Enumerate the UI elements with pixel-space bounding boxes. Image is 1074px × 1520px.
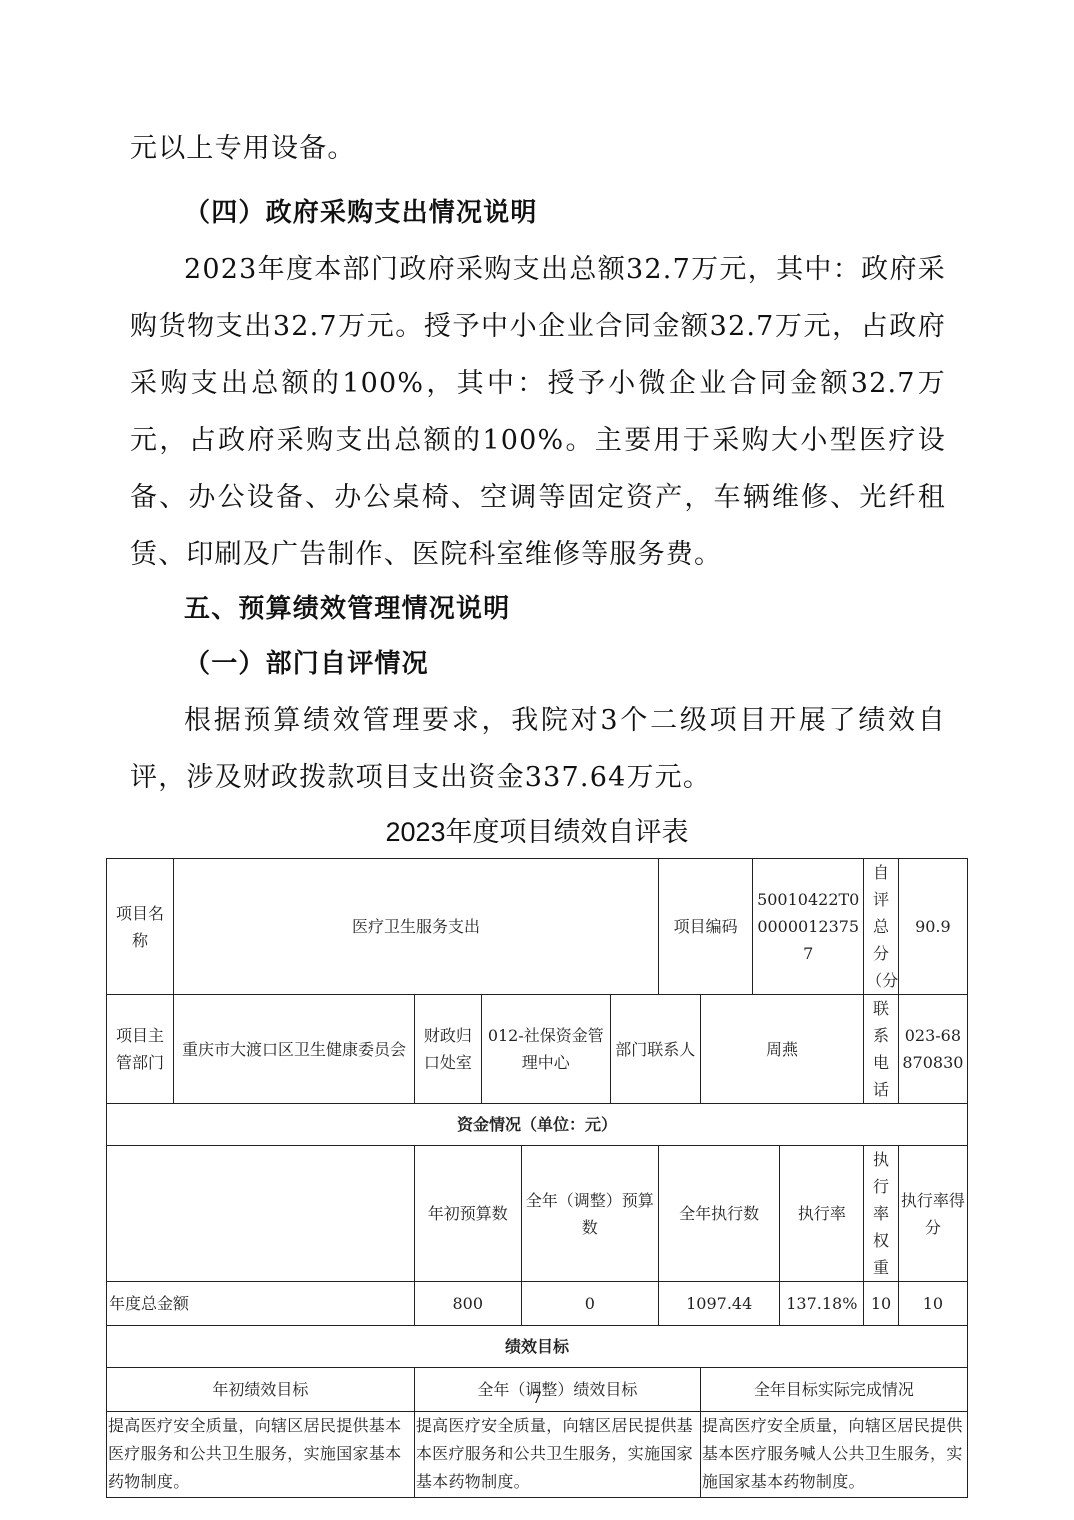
funds-col-header: 全年（调整）预算数 — [521, 1146, 658, 1282]
funds-cell: 年度总金额 — [107, 1282, 415, 1326]
self-score-label: 自评总分（分） — [864, 859, 899, 995]
paragraph-self-evaluation: 根据预算绩效管理要求，我院对3个二级项目开展了绩效自评，涉及财政拨款项目支出资金… — [130, 692, 946, 806]
contact-person-value: 周燕 — [700, 995, 863, 1104]
table-row: 年度总金额 800 0 1097.44 137.18% 10 10 — [107, 1282, 968, 1326]
section-heading-procurement: （四）政府采购支出情况说明 — [130, 185, 946, 242]
funds-col-header: 执行率权重 — [864, 1146, 899, 1282]
table-title: 2023年度项目绩效自评表 — [0, 812, 1074, 852]
table-row: 资金情况（单位：元） — [107, 1104, 968, 1146]
project-code-value: 50010422T000000123757 — [753, 859, 864, 995]
funds-cell: 137.18% — [780, 1282, 864, 1326]
paragraph-procurement: 2023年度本部门政府采购支出总额32.7万元，其中：政府采购货物支出32.7万… — [130, 241, 946, 583]
self-score-value: 90.9 — [898, 859, 967, 995]
dept-label: 项目主管部门 — [107, 995, 174, 1104]
goal-cell: 提高医疗安全质量，向辖区居民提供基本医疗服务喊人公共卫生服务，实施国家基本药物制… — [700, 1412, 967, 1498]
project-code-label: 项目编码 — [658, 859, 752, 995]
funds-col-header: 执行率得分 — [898, 1146, 967, 1282]
dept-value: 重庆市大渡口区卫生健康委员会 — [174, 995, 415, 1104]
section-heading-performance: 五、预算绩效管理情况说明 — [130, 581, 946, 638]
contact-person-label: 部门联系人 — [610, 995, 700, 1104]
goal-cell: 提高医疗安全质量，向辖区居民提供基本医疗服务和公共卫生服务，实施国家基本药物制度… — [107, 1412, 415, 1498]
funds-col-header: 年初预算数 — [414, 1146, 521, 1282]
funds-cell: 1097.44 — [658, 1282, 779, 1326]
table-row: 项目名称 医疗卫生服务支出 项目编码 50010422T000000123757… — [107, 859, 968, 995]
funds-cell: 800 — [414, 1282, 521, 1326]
goals-section-header: 绩效目标 — [107, 1326, 968, 1368]
project-name-value: 医疗卫生服务支出 — [174, 859, 659, 995]
funds-cell: 0 — [521, 1282, 658, 1326]
table-row: 项目主管部门 重庆市大渡口区卫生健康委员会 财政归口处室 012-社保资金管理中… — [107, 995, 968, 1104]
phone-label: 联系电话 — [864, 995, 899, 1104]
funds-col-header — [107, 1146, 415, 1282]
phone-value: 023-68870830 — [898, 995, 967, 1104]
funds-section-header: 资金情况（单位：元） — [107, 1104, 968, 1146]
funds-cell: 10 — [898, 1282, 967, 1326]
funds-col-header: 执行率 — [780, 1146, 864, 1282]
finance-office-label: 财政归口处室 — [414, 995, 481, 1104]
funds-col-header: 全年执行数 — [658, 1146, 779, 1282]
page-number: 7 — [0, 1388, 1074, 1407]
table-row: 提高医疗安全质量，向辖区居民提供基本医疗服务和公共卫生服务，实施国家基本药物制度… — [107, 1412, 968, 1498]
section-heading-self-evaluation: （一）部门自评情况 — [130, 636, 946, 693]
finance-office-value: 012-社保资金管理中心 — [481, 995, 610, 1104]
goal-cell: 提高医疗安全质量，向辖区居民提供基本医疗服务和公共卫生服务，实施国家基本药物制度… — [414, 1412, 700, 1498]
funds-cell: 10 — [864, 1282, 899, 1326]
table-row: 绩效目标 — [107, 1326, 968, 1368]
project-name-label: 项目名称 — [107, 859, 174, 995]
table-header-row: 年初预算数 全年（调整）预算数 全年执行数 执行率 执行率权重 执行率得分 — [107, 1146, 968, 1282]
paragraph-continuation: 元以上专用设备。 — [130, 120, 946, 177]
